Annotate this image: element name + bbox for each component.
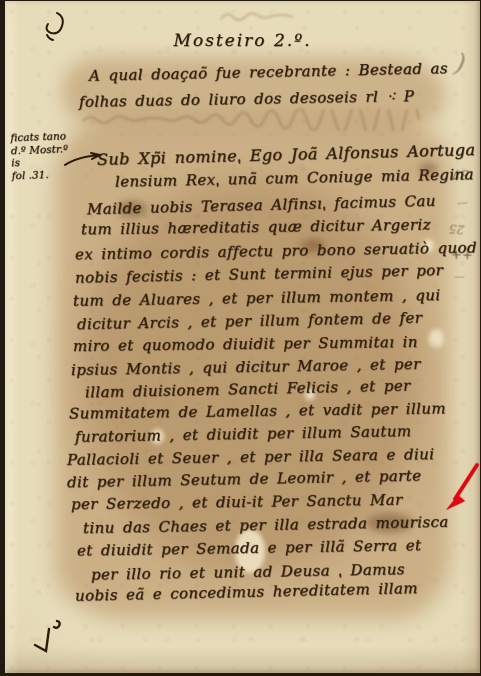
- edge-mark-1: ): [452, 48, 468, 79]
- manuscript-line-9: tum de Aluares , et per illum montem , q…: [73, 286, 441, 310]
- manuscript-page: Mosteiro 2.º. ficats tano d.º Mostr.º is…: [5, 1, 480, 673]
- manuscript-line-11: miro et quomodo diuidit per Summitaı in: [73, 333, 418, 355]
- top-left-pen-flourish: [39, 9, 67, 43]
- edge-mark-6: —: [454, 271, 465, 284]
- edge-mark-3: —: [456, 197, 468, 211]
- bottom-left-pen-mark: [31, 615, 67, 657]
- manuscript-line-6: tum illius hæreditatis quæ dicitur Arger…: [81, 216, 431, 239]
- page-title: Mosteiro 2.º.: [5, 31, 480, 51]
- paper-flake-patch: [429, 329, 444, 348]
- manuscript-line-1: A qual doaçaõ fue recebrante : Bestead a…: [89, 59, 448, 85]
- manuscript-line-2: folhas duas do liuro dos desoseis rl ⁖ P: [79, 87, 415, 111]
- red-arrow-annotation: [441, 459, 481, 517]
- edge-mark-2: 37: [452, 166, 469, 182]
- manuscript-line-12: ipsius Montis , qui dicitur Maroe , et p…: [71, 355, 421, 379]
- manuscript-line-17: dit per illum Seutum de Leomir , et part…: [67, 467, 422, 492]
- manuscript-line-18: per Serzedo , et diui‐it Per Sanctu Mar: [71, 491, 403, 514]
- manuscript-line-10: dicitur Arcis , et per illum fontem de f…: [77, 309, 423, 334]
- manuscript-line-16: Pallacioli et Seuer , et per illa Seara …: [67, 445, 435, 469]
- manuscript-scan: Mosteiro 2.º. ficats tano d.º Mostr.º is…: [0, 0, 481, 676]
- bleedthrough-line: [81, 109, 441, 131]
- manuscript-line-8: nobis fecistis : et Sunt termini ejus pe…: [75, 261, 444, 287]
- bleedthrough-squiggle-top: [219, 7, 309, 27]
- manuscript-line-20: et diuidit per Semada e per illã Serra e…: [77, 536, 422, 559]
- manuscript-line-7: ex intimo cordis affectu pro bono seruat…: [75, 238, 477, 263]
- manuscript-line-15: furatorium , et diuidit per illum Sautum: [75, 422, 412, 446]
- manuscript-line-4: lensium Rex⹁ unã cum Coniuge mia Regina: [115, 164, 474, 192]
- manuscript-line-5: Mailde uobis Terasea Alfinsı⹁ facimus Ca…: [87, 191, 436, 220]
- manuscript-line-19: tinu das Chaes et per illa estrada mouri…: [83, 513, 449, 537]
- edge-mark-5: ++: [451, 248, 473, 264]
- manuscript-line-13: illam diuisionem Sancti Felicis , et per: [85, 377, 411, 402]
- manuscript-line-14: Summitatem de Lamellas , et vadit per il…: [69, 399, 446, 422]
- edge-mark-4: 25: [448, 221, 465, 237]
